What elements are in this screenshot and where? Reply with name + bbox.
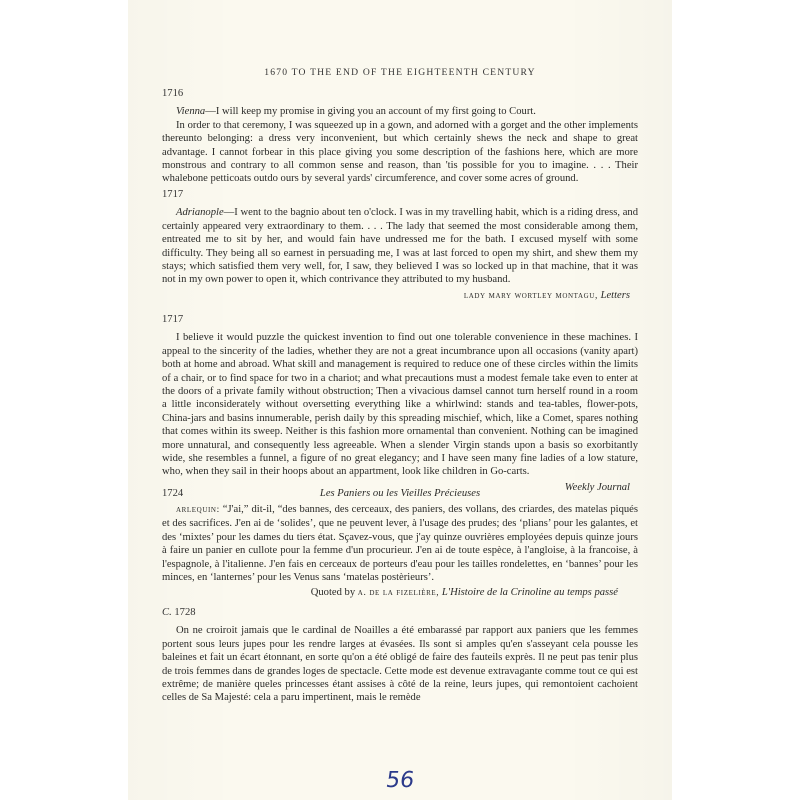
entry-c1728: C. 1728 On ne croiroit jamais que le car… — [162, 606, 638, 705]
attribution-prefix: Quoted by — [311, 587, 358, 598]
entry-heading-row: 1724 Les Paniers ou les Vieilles Précieu… — [162, 487, 638, 501]
paragraph: Vienna—I will keep my promise in giving … — [162, 105, 638, 118]
entry-1724: 1724 Les Paniers ou les Vieilles Précieu… — [162, 487, 638, 601]
paragraph-text: “J'ai,” dit-il, “des bannes, des cerceau… — [162, 504, 638, 583]
place-name: Vienna — [176, 106, 205, 117]
place-name: Adrianople — [176, 207, 224, 218]
attribution-author: lady mary wortley montagu, — [464, 291, 598, 301]
paragraph-text: —I will keep my promise in giving you an… — [205, 106, 536, 117]
handwritten-page-number: 56 — [384, 768, 416, 793]
attribution-work: L'Histoire de la Crinoline au temps pass… — [442, 587, 618, 598]
paragraph-text: —I went to the bagnio about ten o'clock.… — [162, 207, 638, 285]
attribution-work: Letters — [601, 290, 630, 301]
play-title: Les Paniers ou les Vieilles Précieuses — [162, 487, 638, 500]
attribution: Quoted by a. de la fizelière, L'Histoire… — [162, 586, 638, 600]
paragraph: Adrianople—I went to the bagnio about te… — [162, 206, 638, 286]
running-head: 1670 TO THE END OF THE EIGHTEENTH CENTUR… — [162, 66, 638, 79]
attribution-author: a. de la fizelière, — [358, 588, 439, 598]
entry-1716: 1716 Vienna—I will keep my promise in gi… — [162, 87, 638, 186]
speaker-name: arlequin: — [176, 505, 220, 515]
paragraph: I believe it would puzzle the quickest i… — [162, 331, 638, 478]
entry-year: 1717 — [162, 313, 638, 326]
book-page: 1670 TO THE END OF THE EIGHTEENTH CENTUR… — [128, 0, 672, 800]
paragraph: In order to that ceremony, I was squeeze… — [162, 119, 638, 186]
paragraph: On ne croiroit jamais que le cardinal de… — [162, 624, 638, 704]
entry-year: 1717 — [162, 188, 638, 201]
attribution: lady mary wortley montagu, Letters — [162, 289, 638, 303]
paragraph: arlequin: “J'ai,” dit-il, “des bannes, d… — [162, 503, 638, 584]
entry-1717-adrianople: 1717 Adrianople—I went to the bagnio abo… — [162, 188, 638, 303]
entry-year: C. 1728 — [162, 606, 638, 619]
circa-label: C. — [162, 607, 172, 618]
year-value: 1728 — [172, 607, 196, 618]
entry-1717-weekly-journal: 1717 I believe it would puzzle the quick… — [162, 313, 638, 494]
entry-year: 1716 — [162, 87, 638, 100]
